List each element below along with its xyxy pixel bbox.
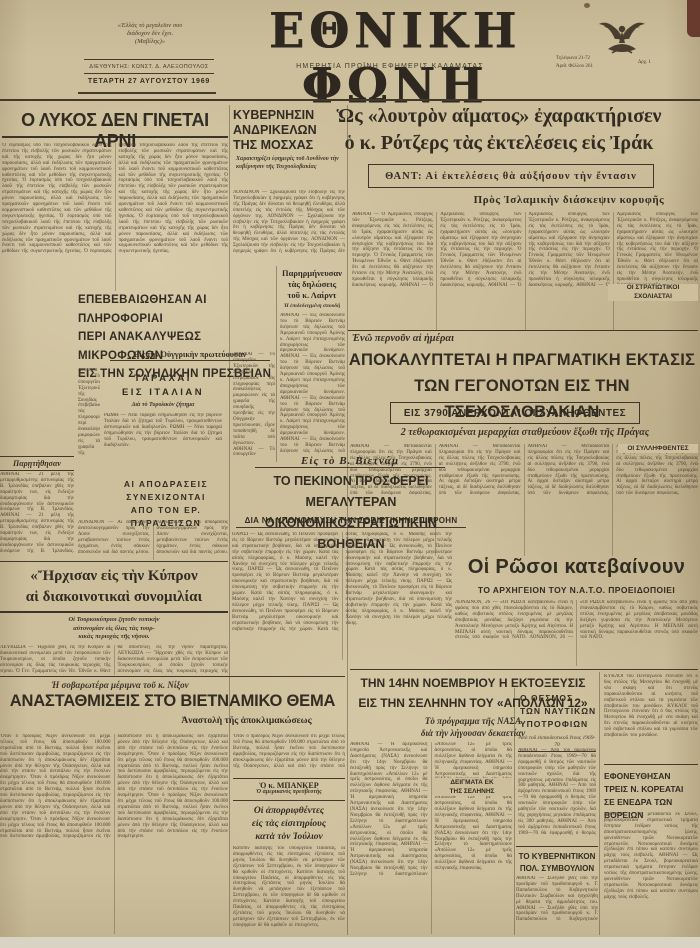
deck-nixon: Ἀναστολὴ τῆς ἀποκλιμακώσεως (148, 716, 345, 726)
article-body-larint: ΑΘΗΝΑΙ — Εἰς ἀνακοίνωσίν του τὸ Βόρειον … (280, 313, 345, 459)
article-body-thesmos: ΑΘΗΝΑΙ — Ἀπὸ τοῦ ἀρξαμένου ἐκπαιδευτικοῦ… (518, 748, 596, 840)
column-divider (276, 266, 277, 462)
headline-kypron: «Ἤρχισαν εἰς τὴν Κύπρον αἱ διακοινοτικαὶ… (0, 566, 228, 613)
headline-tarachai: ΤΑΡΑΧΑΙ ΕΙΣ ΙΤΑΛΙΑΝ (104, 372, 222, 400)
newspaper-front-page: «Ἑλλὰς τὸ μεγαλεῖον σου διάδοχον δὲν ἔχε… (0, 0, 700, 948)
subhead-selini: ΔΕΙΓΜΑΤΑ ΕΚ ΤΗΣ ΣΕΛΗΝΗΣ (432, 778, 512, 796)
section-rule (0, 676, 345, 677)
article-body-kyvernisin: ΛΟΝΔΙΝΟΝ — Σχολιάζουσα τὴν εἰσβολὴν εἰς … (233, 190, 345, 266)
phoenix-emblem-icon (596, 15, 648, 59)
deck-tsexo: 2 τεθωρακισμέναι μεραρχίαι σταθμεύουν ἔξ… (360, 427, 690, 438)
article-body-apollon: ΑΘΗΝΑΙ — Ἡ ἀμερικανικὴ ὑπηρεσία Ἀστροναυ… (350, 742, 512, 934)
article-body-banker-top: Ὅταν ὁ πρόεδρος Νίξον ἀνεκοίνωσε ὅτι μέχ… (233, 734, 345, 774)
subhead-box-syllifthentes-label: ΕΙΣ 3790 ΑΝΕΡΧΟΝΤΑΙ ΟΙ ΣΥΛΛΗΦΘΕΝΤΕΣ (404, 408, 626, 419)
deck-rogers: Πρὸς Ἰσλαμικὴν διάσκεψιν κορυφῆς (440, 194, 698, 206)
column-divider (599, 672, 600, 935)
deck-kyvernisin: Χαρακτηρίζει ἐφημερὶς τοῦ Λονδίνου τὴν κ… (236, 156, 342, 171)
masthead-date: ΤΕΤΑΡΤΗ 27 ΑΥΓΟΥΣΤΟΥ 1969 (76, 78, 222, 85)
scan-corner-stain (687, 0, 700, 37)
article-body-lykos: Ὁ ἑορτασμὸς ὑπὸ τοῦ τσεχοσλοβακικοῦ λαοῦ… (2, 143, 228, 291)
column-divider (229, 105, 230, 935)
scan-bottom-edge (0, 937, 700, 948)
article-body-rogers: ΑΘΗΝΑΙ — Ὁ Ἀμερικανὸς ὑπουργὸς τῶν Ἐξωτε… (352, 212, 698, 330)
headline-kyvernitikon: ΤΟ ΚΥΒΕΡΝΗΤΙΚΟΝ ΠΟΛ. ΣΥΜΒΟΥΛΙΟΝ (516, 846, 598, 875)
article-body-paritithisan: ΑΘΗΝΑΙ — 21 μέλη τῆς μεταρρυθμισμένης ἀσ… (0, 472, 74, 558)
article-body-kypron: ΛΕΥΚΩΣΙΑ — Ἤρχισαν χθὲς εἰς τὴν Κύπρον α… (0, 645, 228, 675)
kicker-pekinon: Εἰς τὸ Β. Βιετνάμ (255, 455, 445, 468)
kicker-nixon: Ἡ σοβαρωτέρα μέριμνα τοῦ κ. Νίξον (10, 680, 230, 690)
article-body-nixon: Ὅταν ὁ πρόεδρος Νίξον ἀνεκοίνωσε ὅτι μέχ… (0, 734, 228, 934)
masthead-motto: «Ἑλλὰς τὸ μεγαλεῖον σου διάδοχον δὲν ἔχε… (86, 22, 214, 46)
masthead-rule-1 (84, 59, 214, 60)
headline-nixon: ΑΝΑΣΤΑΘΜΙΣΕΙΣ ΣΤΟ ΒΙΕΤΝΑΜΙΚΟ ΘΕΜΑ (0, 692, 345, 711)
kicker-tsexo: Ἐνῶ περνοῦν αἱ ἡμέραι (352, 333, 572, 344)
section-rule (0, 561, 228, 562)
deck-kypron: Οἱ Τουρκοκύπριοι ζητοῦν τοπικὴν αὐτονομί… (14, 616, 214, 642)
masthead-issue-number: Ἀριθ. Φύλλου 261 (556, 63, 636, 70)
section-rule (348, 330, 698, 331)
masthead-rule-3 (78, 92, 216, 94)
subhead-stratiotikoi: ΟΙ ΣΤΡΑΤΙΩΤΙΚΟΙ ΣΧΟΛΙΑΣΤΑΙ (608, 284, 698, 301)
article-body-apodraseis: ΛΟΝΔΙΝΟΝ — Αἱ ἀποδράσεις ἀνατολικογερμαν… (78, 520, 228, 560)
article-body-foneuthisan: ΑΘΗΝΑΙ — Ὡς μεταδίδεται ἐκ Σεούλ, βορειο… (604, 812, 698, 934)
article-body-aporrifthentes: Κατόπιν διαταγῆς τοῦ ὑπουργείου Παιδείας… (233, 846, 345, 934)
article-body-tarachai: ΡΩΜΗ — Νέαι ταραχαὶ ἐσημειώθησαν εἰς τὴν… (104, 413, 222, 459)
headline-aporrifthentes: Οἱ ἀπορριφθέντες εἰς τὰς εἰσιτηρίους κατ… (233, 800, 345, 844)
deck-rosoi: ΤΟ ΑΡΧΗΓΕΙΟΝ ΤΟΥ Ν.Α.Τ.Ο. ΠΡΟΕΙΔΟΠΟΙΕΙ (455, 585, 698, 595)
article-body-kyvernitikon: ΑΘΗΝΑΙ — Συνῆλθε χθὲς ὑπὸ τὴν προεδρίαν … (516, 876, 598, 934)
headline-lykos: Ο ΛΥΚΟΣ ΔΕΝ ΓΙΝΕΤΑΙ ΑΡΝΙ (2, 110, 228, 138)
masthead-director: ΔΙΕΥΘΥΝΤΗΣ: ΚΩΝΣΤ. Δ. ΑΛΕΞΟΠΟΥΛΟΣ (76, 63, 222, 71)
deck-tarachai: Διὰ τὸ Τυρολικὸν ζήτημα (104, 402, 222, 408)
deck-pekinon: ΔΙΑ ΝΑ ΥΠΟΝΟΜΕΥΣΗ ΤΗΝ ΣΟΒΙΕΤΙΚΗΝ ΕΠΙΡΡΟΗ… (236, 516, 466, 528)
headline-paritithisan-label: Παρῃτήθησαν (0, 457, 74, 470)
article-body-pekinon: ΠΑΡΙΣΙ — Ὡς ἀνεκοινώθη, τὸ Πεκῖνον προσφ… (232, 532, 452, 660)
headline-larint: Παρηρμήνευσαν τὰς δηλώσεις τοῦ κ. Λαίρντ (279, 268, 345, 301)
deck-larint: Ἡ ἐπιδεδειγμένη σπουδή (279, 303, 345, 310)
masthead-subtitle: ΗΜΕΡΗΣΙΑ ΠΡΩΪΝΗ ΕΦΗΜΕΡΙΣ ΚΑΛΑΜΑΤΑΣ (235, 62, 545, 71)
masthead-bottom-rule (0, 99, 700, 101)
article-body-mikrofona: ΑΘΗΝΑΙ — Τὸ ὑπουργεῖον Ἐξωτερικῶν τῆς Σο… (78, 368, 100, 460)
masthead-price: Δρχ. 1 (638, 59, 678, 66)
article-body-rosoi: ΛΟΝΔΙΝΟΝ, 26 — «ΟΙ ΡΩΣΟΙ κατεβαίνουν» εἶ… (455, 600, 698, 666)
headline-thesmos: Ο ΘΕΣΜΟΣ ΤΩΝ ΝΑΥΤΙΚΩΝ ΥΠΟΤΡΟΦΙΩΝ (520, 692, 598, 731)
headline-rosoi: Οἱ Ρῶσοι κατεβαίνουν (455, 556, 698, 579)
subhead-box-syllifthentes: ΕΙΣ 3790 ΑΝΕΡΧΟΝΤΑΙ ΟΙ ΣΥΛΛΗΦΘΕΝΤΕΣ (390, 402, 640, 424)
masthead-rule-2 (84, 73, 214, 74)
article-body-pentagon: ΚΥΚΛΟΙ τοῦ Πενταγώνου ἐτόνισαν ὅτι ὁ 6ος… (604, 674, 698, 756)
subhead-box-thant-label: ΘΑΝΤ: Αἱ ἐκτελέσεις θὰ αὐξήσουν τὴν ἔντα… (385, 171, 637, 182)
headline-rogers: Ὡς «λουτρὸν αἵματος» ἐχαρακτήρισεν ὁ κ. … (300, 103, 698, 157)
subhead-box-thant: ΘΑΝΤ: Αἱ ἐκτελέσεις θὰ αὐξήσουν τὴν ἔντα… (368, 164, 654, 188)
section-rule (350, 669, 698, 670)
deck-banker: Ὁ ἀμερικανὸς πρεσβευτὴς (233, 789, 345, 795)
article-body-mikrofona-2: ΑΘΗΝΑΙ — Τὸ ὑπουργεῖον Ἐξωτερικῶν τῆς Σο… (233, 352, 275, 460)
masthead-title: ΕΘΝΙΚΗ ΦΩΝΗ (205, 3, 585, 113)
headline-paritithisan: Παρῃτήθησαν (0, 456, 74, 471)
masthead-phone: Τηλέφωνα 21-72 (556, 55, 626, 62)
subhead-oi-syllifthentes: ΟΙ ΣΥΛΛΗΦΘΕΝΤΕΣ (618, 444, 698, 453)
